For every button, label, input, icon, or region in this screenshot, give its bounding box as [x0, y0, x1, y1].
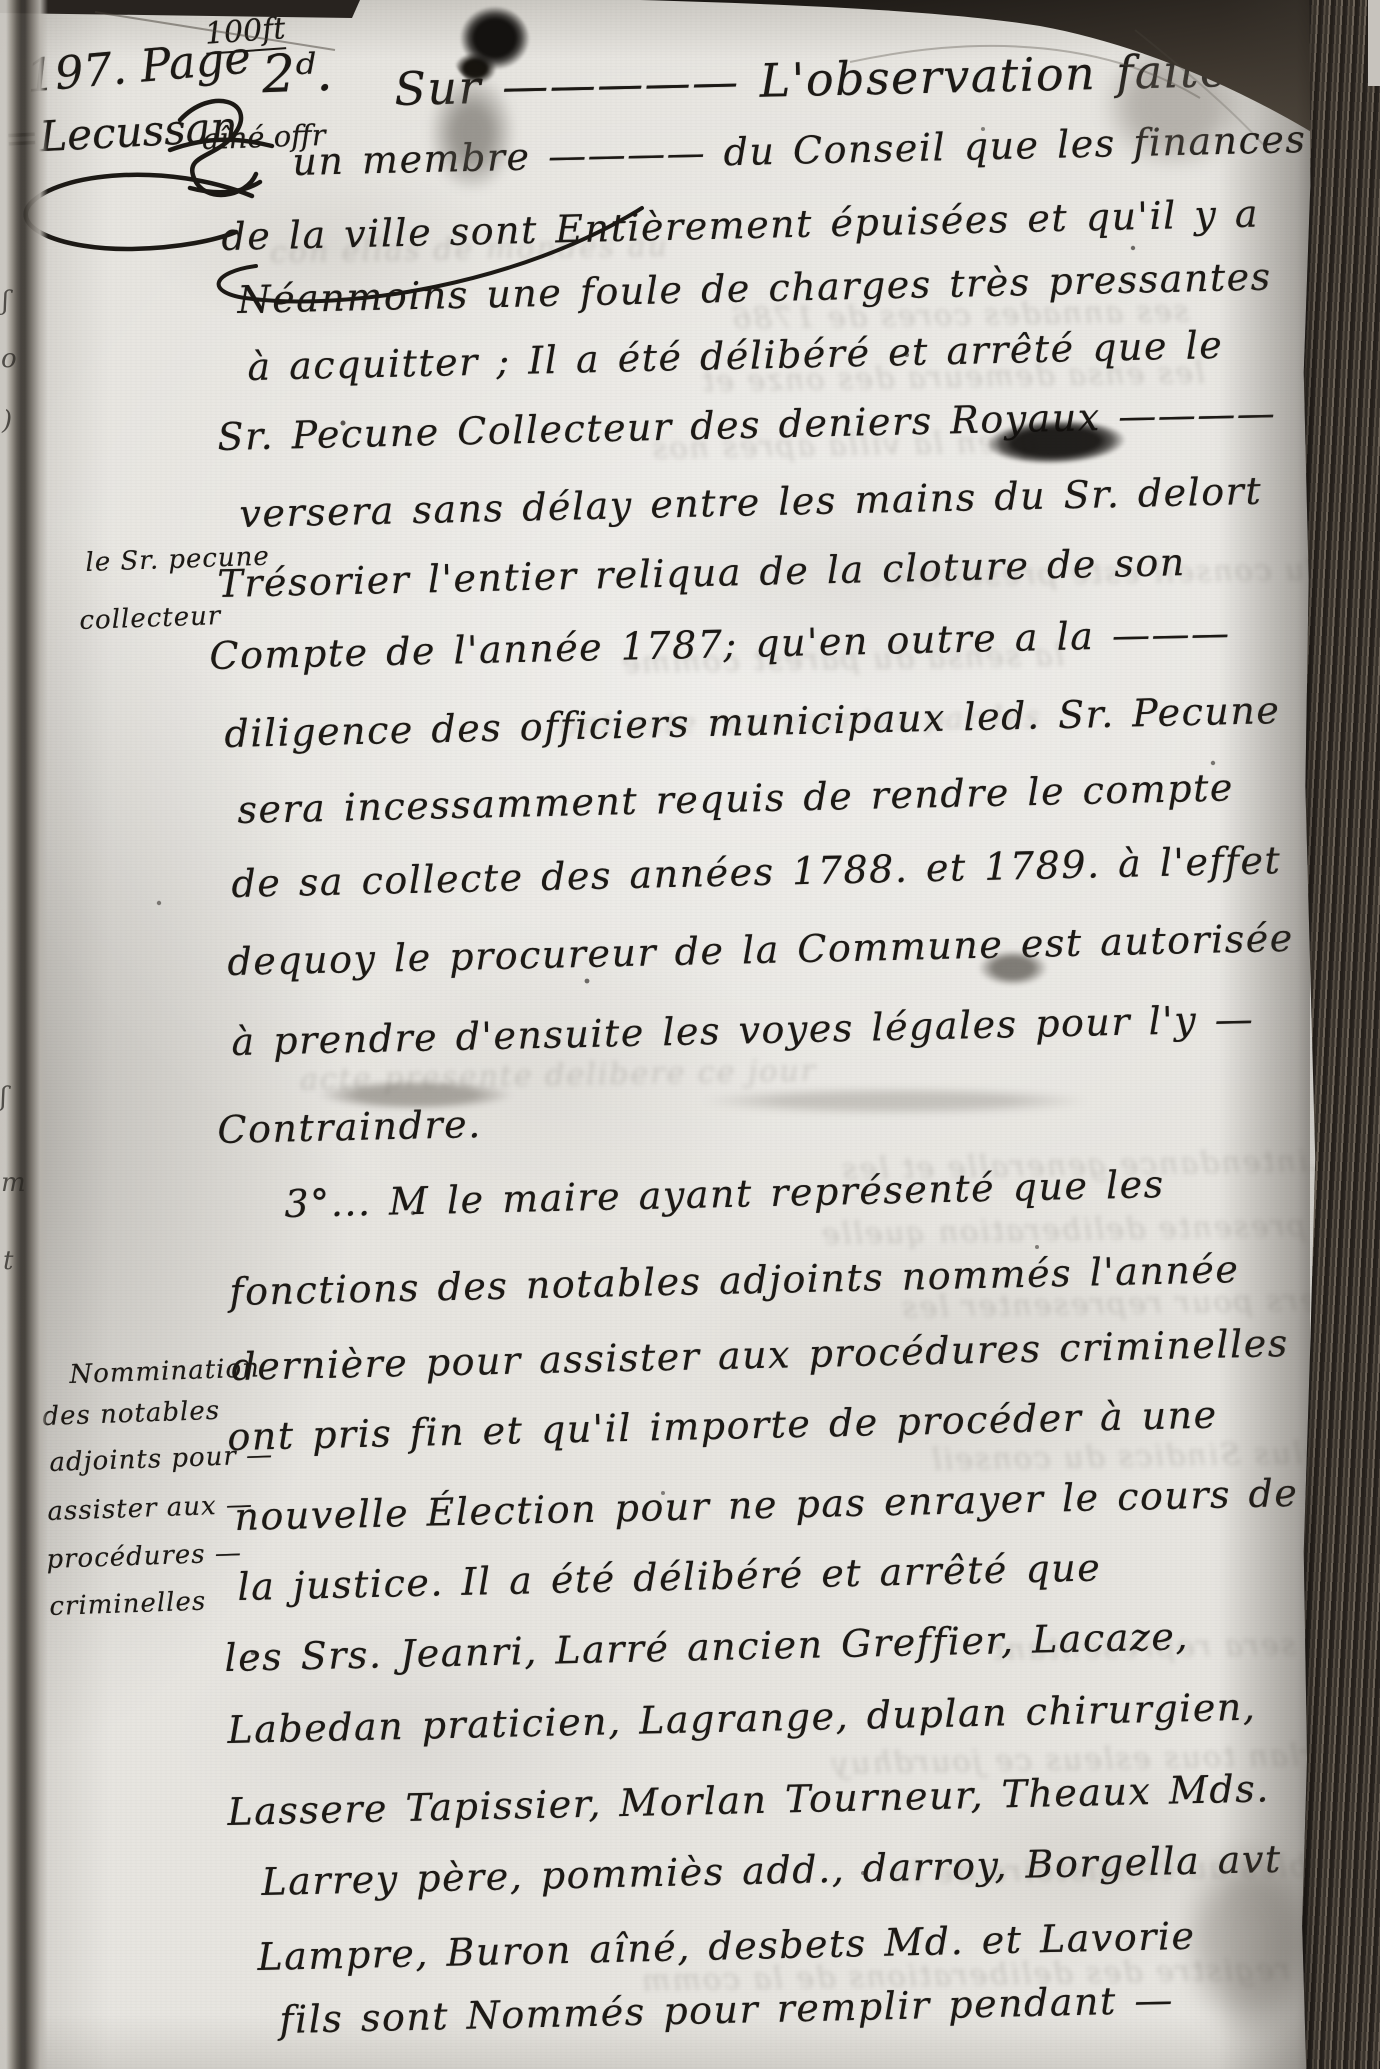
- handwritten-line: les Srs. Jeanri, Larré ancien Greffier, …: [224, 1614, 1189, 1680]
- margin-note-line: collecteur: [79, 601, 222, 636]
- handwritten-line: Larrey père, pommiès add., darroy, Borge…: [261, 1837, 1282, 1904]
- facing-page-mark: t: [3, 1246, 13, 1276]
- background-sliver: [1368, 0, 1380, 86]
- facing-page-mark: m: [1, 1168, 26, 1198]
- margin-note-line: assister aux —: [47, 1490, 253, 1527]
- handwritten-line: Lassere Tapissier, Morlan Tourneur, Thea…: [227, 1766, 1270, 1834]
- facing-page-mark: ʃ: [2, 286, 9, 316]
- margin-note-line: procédures —: [46, 1538, 242, 1575]
- handwritten-line: Contraindre.: [217, 1102, 482, 1152]
- facing-page-mark: ʃ: [0, 1082, 7, 1112]
- bleedthrough-text: cette presente deliberation quelle: [820, 1207, 1380, 1252]
- handwritten-line: dequoy le procureur de la Commune est au…: [227, 916, 1294, 984]
- margin-note-line: adjoints pour —: [49, 1440, 274, 1478]
- handwritten-line: Sur ————— L'observation faite par ——: [394, 38, 1380, 116]
- handwritten-line: fils sont Nommés pour remplir pendant —: [279, 1978, 1174, 2042]
- handwritten-line: un membre ———— du Conseil que les financ…: [292, 117, 1307, 184]
- margin-note-line: le Sr. pecune: [85, 542, 270, 578]
- facing-page-mark: ): [2, 406, 12, 436]
- margin-note-line: des notables: [42, 1396, 221, 1432]
- book-page-edges: [1298, 0, 1380, 2069]
- handwritten-line: de sa collecte des années 1788. et 1789.…: [231, 838, 1282, 906]
- item-2-marker: 2ᵈ.: [261, 43, 333, 105]
- handwritten-line: Trésorier l'entier reliqua de la cloture…: [217, 540, 1186, 606]
- handwritten-line: versera sans délay entre les mains du Sr…: [239, 469, 1263, 536]
- pencil-smudge: [700, 1088, 1090, 1114]
- facing-page-mark: o: [1, 344, 17, 374]
- manuscript-page: ʃ o ) ʃ m t con ellas de mondes au ses a…: [0, 0, 1380, 2069]
- handwritten-line: diligence des officiers municipaux led. …: [224, 688, 1281, 756]
- handwritten-line: sera incessamment requis de rendre le co…: [237, 765, 1234, 832]
- margin-note-line: criminelles: [49, 1587, 207, 1622]
- handwritten-line: la justice. Il a été délibéré et arrêté …: [237, 1545, 1102, 1609]
- handwritten-line: nouvelle Élection pour ne pas enrayer le…: [234, 1471, 1299, 1539]
- handwritten-line: de la ville sont Entièrement épuisées et…: [221, 191, 1260, 259]
- binding-headband: [0, 0, 360, 18]
- handwritten-line: dernière pour assister aux procédures cr…: [231, 1321, 1289, 1389]
